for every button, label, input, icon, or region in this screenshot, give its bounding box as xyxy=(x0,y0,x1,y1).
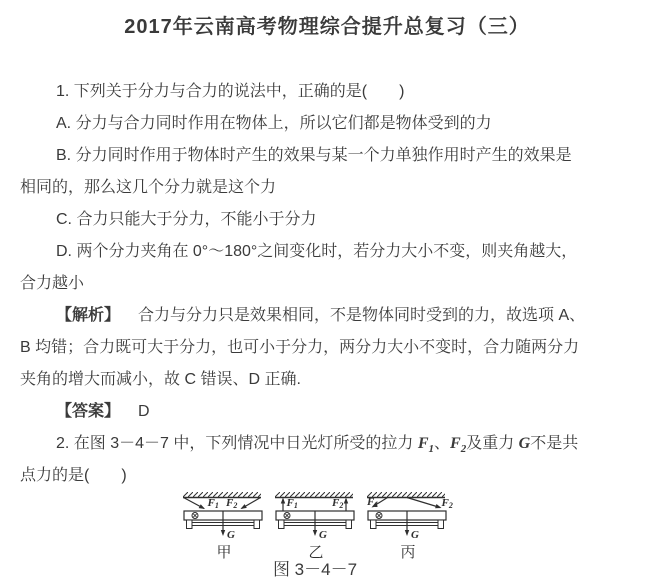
diagram-label-yi: 乙 xyxy=(308,544,323,561)
gravity-label: G xyxy=(319,529,327,541)
analysis-line3: 夹角的增大而减小，故 C 错误、D 正确. xyxy=(20,364,634,396)
force-label-f2: F2 xyxy=(225,497,237,510)
figure-3-4-7: F1 F2 G 甲 xyxy=(183,492,634,560)
analysis-line2: B 均错；合力既可大于分力，也可小于分力，两分力大小不变时，合力随两分力 xyxy=(20,332,634,364)
lamp-bracket-right xyxy=(254,520,260,529)
question1-stem: 1. 下列关于分力与合力的说法中，正确的是( ) xyxy=(20,76,634,108)
lamp-diagram-bing: F1 F2 G 丙 xyxy=(367,492,447,560)
question1-option-c: C. 合力只能大于分力，不能小于分力 xyxy=(20,204,634,236)
question2-tail: 不是共 xyxy=(530,435,578,452)
figure-caption: 图 3－4－7 xyxy=(183,560,447,578)
force-arrowhead-f2 xyxy=(344,498,348,504)
lamp-bracket-right xyxy=(438,520,444,529)
page-title: 2017年云南高考物理综合提升总复习（三） xyxy=(20,12,634,42)
force-f1-symbol: F1 xyxy=(418,435,434,452)
gravity-g-symbol: G xyxy=(519,435,531,452)
question1-option-d-line2: 合力越小 xyxy=(20,268,634,300)
lamp-bracket-left xyxy=(279,520,285,529)
question2-sep: 、 xyxy=(434,435,450,452)
force-label-f1: F1 xyxy=(207,497,219,510)
force-label-f2: F2 xyxy=(441,497,453,510)
answer-label: 【答案】 xyxy=(56,403,120,420)
gravity-label: G xyxy=(227,529,235,541)
force-arrowhead-f1 xyxy=(281,498,285,504)
question2-lead: 2. 在图 3－4－7 中，下列情况中日光灯所受的拉力 xyxy=(56,435,418,452)
ceiling-hatch xyxy=(183,492,261,497)
gravity-arrowhead xyxy=(221,530,225,536)
diagram-label-bing: 丙 xyxy=(400,544,415,561)
answer-line: 【答案】D xyxy=(20,396,634,428)
question1-option-a: A. 分力与合力同时作用在物体上，所以它们都是物体受到的力 xyxy=(20,108,634,140)
lamp-diagram-yi: F1 F2 G 乙 xyxy=(275,492,355,560)
document-page: 2017年云南高考物理综合提升总复习（三） 1. 下列关于分力与合力的说法中，正… xyxy=(0,12,654,578)
lamp-bracket-right xyxy=(346,520,352,529)
analysis-label: 【解析】 xyxy=(56,307,120,324)
analysis-line1: 【解析】合力与分力只是效果相同，不是物体同时受到的力，故选项 A、 xyxy=(20,300,634,332)
document-body: 1. 下列关于分力与合力的说法中，正确的是( ) A. 分力与合力同时作用在物体… xyxy=(20,76,634,578)
analysis-text-1: 合力与分力只是效果相同，不是物体同时受到的力，故选项 A、 xyxy=(138,307,585,324)
diagram-label-jia: 甲 xyxy=(216,544,231,561)
force-arrowhead-f1 xyxy=(199,504,206,511)
question1-option-b-line2: 相同的，那么这几个分力就是这个力 xyxy=(20,172,634,204)
question2-stem-line1: 2. 在图 3－4－7 中，下列情况中日光灯所受的拉力 F1、F2及重力 G不是… xyxy=(20,428,634,460)
ceiling-hatch xyxy=(367,492,445,497)
lamp-bracket-left xyxy=(371,520,377,529)
question2-stem-line2: 点力的是( ) xyxy=(20,460,634,492)
gravity-label: G xyxy=(411,529,419,541)
answer-value: D xyxy=(138,403,150,420)
question2-mid: 及重力 xyxy=(466,435,518,452)
string-right xyxy=(407,498,440,508)
gravity-arrowhead xyxy=(405,530,409,536)
force-f2-symbol: F2 xyxy=(450,435,466,452)
gravity-arrowhead xyxy=(313,530,317,536)
force-label-f2: F2 xyxy=(331,497,343,510)
force-label-f1: F1 xyxy=(286,497,298,510)
lamp-diagram-jia: F1 F2 G 甲 xyxy=(183,492,263,560)
force-arrowhead-f2 xyxy=(239,504,246,511)
question1-option-b-line1: B. 分力同时作用于物体时产生的效果与某一个力单独作用时产生的效果是 xyxy=(20,140,634,172)
question1-option-d-line1: D. 两个分力夹角在 0°～180°之间变化时，若分力大小不变，则夹角越大， xyxy=(20,236,634,268)
lamp-bracket-left xyxy=(187,520,193,529)
